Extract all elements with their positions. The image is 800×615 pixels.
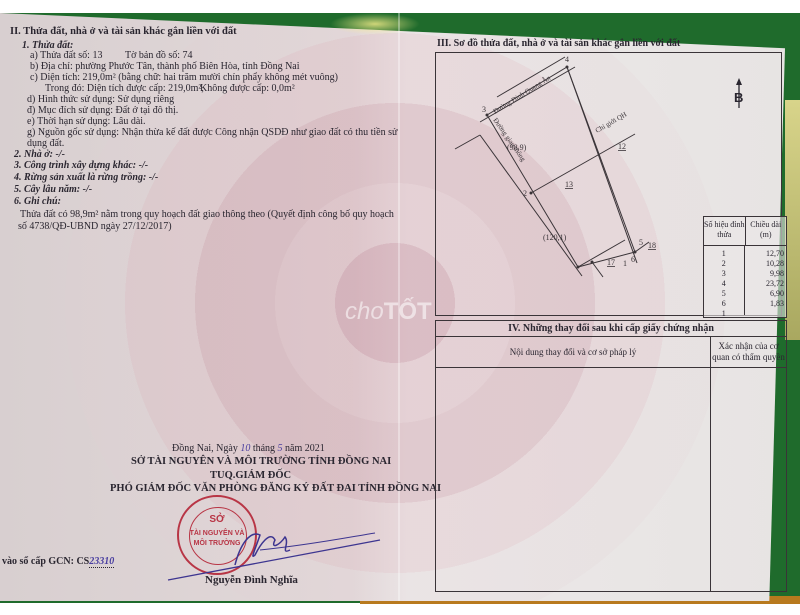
table-row-length: 6,90 <box>745 289 785 299</box>
table-row-length <box>745 309 785 319</box>
table-row-vertex: 5 <box>704 289 744 299</box>
planning-line-label: Chỉ giới QH <box>594 110 628 134</box>
other-construction: 3. Công trình xây dựng khác: -/- <box>14 160 148 172</box>
length-column: 12,7010,289,9823,726,901,83 <box>745 246 787 319</box>
table-row-vertex: 1 <box>704 249 744 259</box>
table-row-length: 12,70 <box>745 249 785 259</box>
col-vertex-header: Số hiệu đỉnh thửa <box>704 217 746 245</box>
vertex-column: 1234561 <box>704 246 745 315</box>
vertex-4: 4 <box>565 55 569 64</box>
notes-line1: Thửa đất có 98,9m² nằm trong quy hoạch đ… <box>20 209 394 221</box>
area-planned-label: (98,9) <box>507 143 527 152</box>
vertex-3: 3 <box>482 105 486 114</box>
col-length-header: Chiều dài (m) <box>746 217 787 245</box>
notes-line2: số 4738/QĐ-UBND ngày 27/12/2017) <box>18 221 172 233</box>
table-row-length: 10,28 <box>745 259 785 269</box>
signer-name: Nguyễn Đình Nghĩa <box>205 574 298 586</box>
agency-name: SỞ TÀI NGUYÊN VÀ MÔI TRƯỜNG TỈNH ĐỒNG NA… <box>131 456 391 468</box>
changes-table: IV. Những thay đổi sau khi cấp giấy chứn… <box>435 320 787 592</box>
north-symbol: B <box>734 90 743 105</box>
table-row-vertex: 6 <box>704 299 744 309</box>
issue-date: Đồng Nai, Ngày 10 tháng 5 năm 2021 <box>172 443 325 455</box>
light-glare <box>330 13 420 35</box>
month-label: tháng <box>253 443 275 454</box>
background-object <box>785 100 800 340</box>
road-side-label: Đường giao thông <box>491 117 527 164</box>
table-row-length: 9,98 <box>745 269 785 279</box>
deputy-title: PHÓ GIÁM ĐỐC VĂN PHÒNG ĐĂNG KÝ ĐẤT ĐAI T… <box>110 483 441 495</box>
notes-heading: 6. Ghi chú: <box>14 196 61 208</box>
vertex-2: 2 <box>523 189 527 198</box>
north-arrow-icon: B <box>734 78 743 108</box>
section2-title: II. Thửa đất, nhà ở và tài sản khác gắn … <box>10 26 237 38</box>
table-row-length: 1,83 <box>745 299 785 309</box>
neighbor-17: 17 <box>607 258 615 267</box>
year-label: năm 2021 <box>285 443 325 454</box>
registry-entry: vào sổ cấp GCN: CS23310 <box>2 556 114 568</box>
area-not-granted: Không được cấp: 0,0m² <box>200 83 295 95</box>
perennial-trees: 5. Cây lâu năm: -/- <box>14 184 92 196</box>
column-divider <box>710 367 711 591</box>
watermark-text1: cho <box>345 298 384 325</box>
table-row-vertex: 4 <box>704 279 744 289</box>
chotot-watermark: choTỐT <box>345 298 432 326</box>
registry-number: 23310 <box>89 556 114 568</box>
table-row-vertex: 3 <box>704 269 744 279</box>
neighbor-18: 18 <box>648 241 656 250</box>
neighbor-12: 12 <box>618 142 626 151</box>
parcel-number-label: 13 <box>565 180 573 189</box>
changes-col-content: Nội dung thay đổi và cơ sở pháp lý <box>436 337 711 367</box>
forest: 4. Rừng sản xuất là rừng trồng: -/- <box>14 172 158 184</box>
area-remaining-label: (120,1) <box>543 233 567 242</box>
registry-label: vào sổ cấp GCN: CS <box>2 556 89 567</box>
vertex-5: 5 <box>639 238 643 247</box>
date-month: 5 <box>278 443 283 454</box>
date-day: 10 <box>240 443 250 454</box>
watermark-text2: TỐT <box>384 298 432 325</box>
table-row-vertex: 1 <box>704 309 744 319</box>
tuq-title: TUQ.GIÁM ĐỐC <box>210 470 291 482</box>
vertex-length-table: Số hiệu đỉnh thửa Chiều dài (m) 1234561 … <box>703 216 787 318</box>
origin-line1: g) Nguồn gốc sử dụng: Nhận thừa kế đất đ… <box>27 127 397 139</box>
table-row-vertex: 2 <box>704 259 744 269</box>
vertex-6: 6 <box>631 255 635 264</box>
changes-col-confirmation: Xác nhận của cơ quan có thẩm quyền <box>711 337 786 367</box>
vertex-1: 1 <box>623 259 627 268</box>
section4-title: IV. Những thay đổi sau khi cấp giấy chứn… <box>436 321 786 337</box>
table-row-length: 23,72 <box>745 279 785 289</box>
date-prefix: Đồng Nai, Ngày <box>172 443 238 454</box>
section3-title: III. Sơ đồ thửa đất, nhà ở và tài sản kh… <box>437 38 680 50</box>
